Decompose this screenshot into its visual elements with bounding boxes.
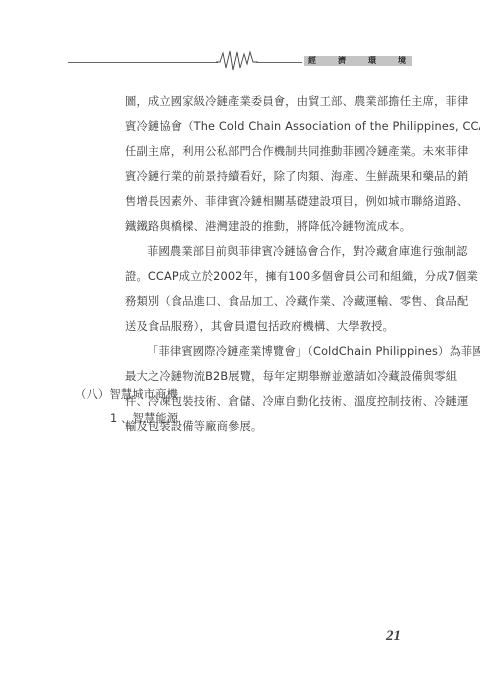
text-line: 任副主席，利用公私部門合作機制共同推動菲國冷鏈產業。未來菲律 <box>125 145 468 159</box>
running-header: 經 濟 環 境 <box>68 40 414 70</box>
text-line: 圖，成立國家級冷鏈產業委員會，由貿工部、農業部擔任主席，菲律 <box>125 95 468 109</box>
page-number: 21 <box>386 628 401 645</box>
subsection-heading: 1 、智慧能源 <box>110 412 178 426</box>
header-rule-right <box>256 62 302 63</box>
text-line: 務類別（食品進口、食品加工、冷藏作業、冷藏運輸、零售、食品配 <box>125 295 468 309</box>
section-heading: （八）智慧城市商機 <box>75 388 178 402</box>
section-label-char: 經 <box>308 56 316 66</box>
section-label-char: 濟 <box>338 56 346 66</box>
text-line: 鐵鐵路與橋樑、港灣建設的推動，將降低冷鏈物流成本。 <box>125 220 411 234</box>
text-line: 送及食品服務），其會員還包括政府機構、大學教授。 <box>125 320 394 334</box>
text-line: 菲國農業部目前與菲律賓冷鏈協會合作，對冷藏倉庫進行強制認 <box>147 245 468 259</box>
header-rule-left <box>68 62 218 63</box>
text-line: 賓冷鏈協會（The Cold Chain Association of the … <box>125 120 480 134</box>
text-line: 最大之冷鏈物流B2B展覽，每年定期舉辦並邀請如冷藏設備與零組 <box>125 370 457 384</box>
text-line: 「菲律賓國際冷鏈產業博覽會」（ColdChain Philippines）為菲國 <box>147 345 480 359</box>
section-label-char: 環 <box>368 56 376 66</box>
text-line: 證。CCAP成立於2002年，擁有100多個會員公司和組織，分成7個業 <box>125 270 478 284</box>
section-label: 經 濟 環 境 <box>304 56 412 66</box>
zigzag-wave-icon <box>216 48 258 74</box>
text-line: 賓冷鏈行業的前景持續看好，除了肉類、海產、生鮮蔬果和藥品的銷 <box>125 170 468 184</box>
text-line: 售增長因素外、菲律賓冷鏈相關基礎建設項目，例如城市聯絡道路、 <box>125 195 468 209</box>
section-label-char: 境 <box>398 56 406 66</box>
